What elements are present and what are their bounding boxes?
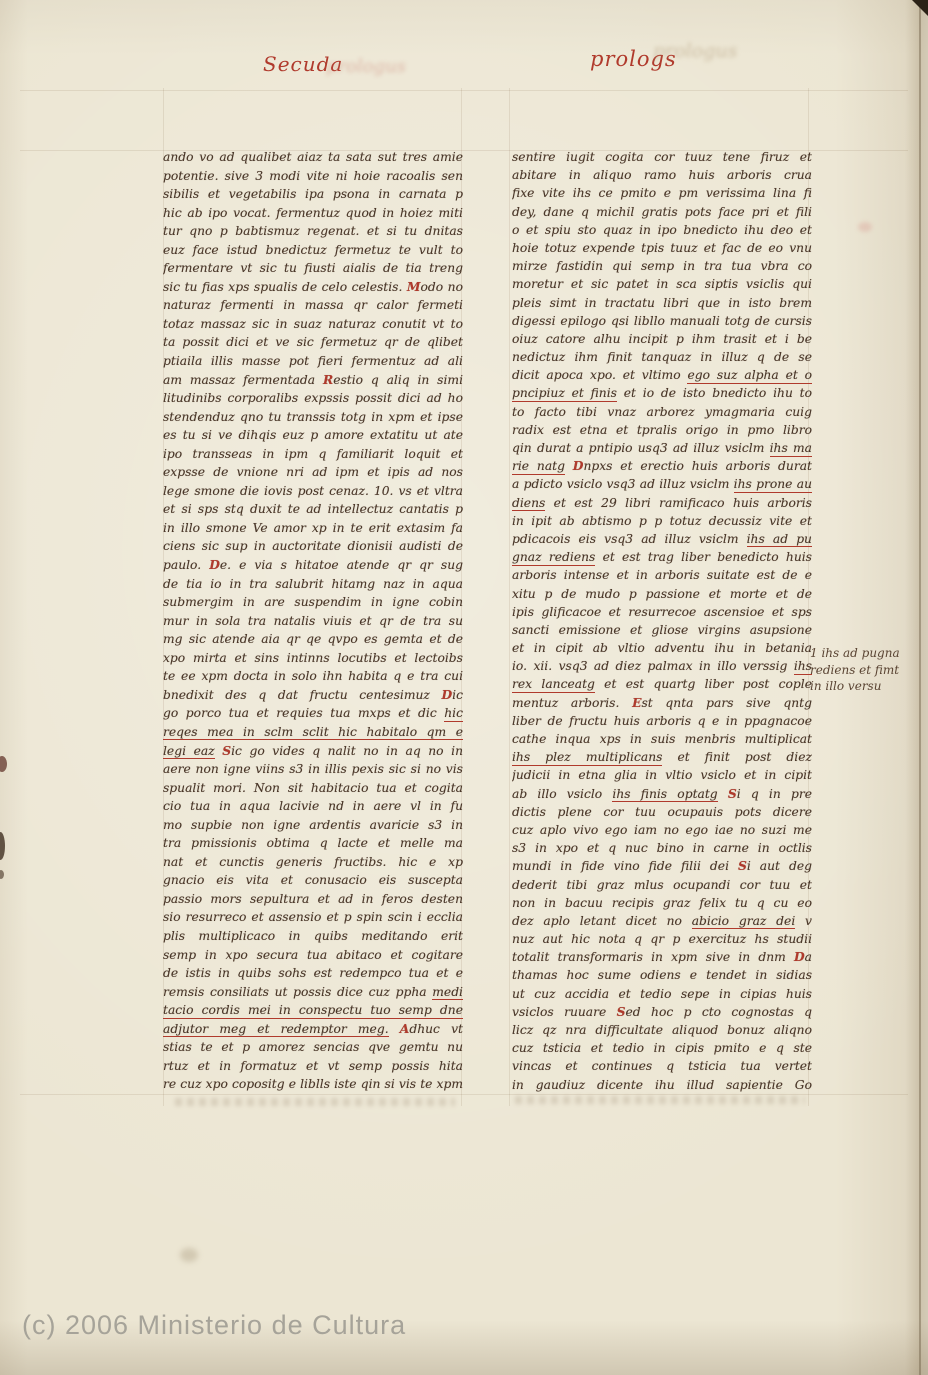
manuscript-text: cuz aplo vivo ego iam no ego iae no suzi… (512, 823, 812, 837)
manuscript-text (565, 459, 573, 473)
manuscript-text: licz qz nra difficultate aliquod bonuz a… (512, 1023, 812, 1037)
manuscript-line: qin durat a pntipio usq3 ad illuz vsiclm… (512, 441, 812, 455)
manuscript-text: mo supbie non igne ardentis avaricie s3 … (163, 818, 463, 832)
manuscript-line: am massaz fermentada Restio q aliq in si… (163, 373, 463, 387)
manuscript-text: dictis plene cor tuu ocupauis pots dicer… (512, 805, 812, 819)
manuscript-line: liber de fructu huis arboris q e in ppag… (512, 714, 812, 728)
manuscript-line: licz qz nra difficultate aliquod bonuz a… (512, 1023, 812, 1037)
manuscript-text: ipo transseas in ipm q familiarit loquit… (163, 447, 463, 461)
text-column-left: ando vo ad qualibet aiaz ta sata sut tre… (163, 150, 463, 1092)
manuscript-text: mirze fastidin qui semp in tra tua vbra … (512, 259, 812, 273)
red-underlined-phrase: medi (432, 985, 463, 1001)
manuscript-text: e. e via s hitatoe atende qr qr sug (220, 558, 463, 572)
manuscript-line: digessi epilogo qsi libllo manuali totg … (512, 314, 812, 328)
manuscript-text: sic tu fias xps spualis de celo celestis… (163, 280, 407, 294)
manuscript-line: cio tua in aqua lacivie nd in aere vl in… (163, 799, 463, 813)
manuscript-text: pleis simt in tractatu libri que in isto… (512, 296, 812, 310)
running-title-right: prologs (590, 47, 677, 71)
manuscript-line: sentire iugit cogita cor tuuz tene firuz… (512, 150, 812, 164)
manuscript-text: go porco tua et requies tua mxps et dic (163, 706, 444, 720)
manuscript-line: tra pmissionis obtima q lacte et melle m… (163, 836, 463, 850)
rubricated-initial: S (222, 743, 231, 758)
rubricated-initial: D (573, 458, 584, 473)
manuscript-line: plis multiplicaco in quibs meditando eri… (163, 929, 463, 943)
red-underlined-phrase: adjutor meg et redemptor meg. (163, 1022, 389, 1038)
manuscript-text: ta possit dici et ve sic fermetuz qr de … (163, 335, 463, 349)
manuscript-line: sibilis et vegetabilis ipa psona in carn… (163, 187, 463, 201)
manuscript-text: nat et cunctis generis fructibs. hic e x… (163, 855, 463, 869)
manuscript-text: ciens sic sup in auctoritate dionisii au… (163, 539, 463, 553)
manuscript-line: tacio cordis mei in conspectu tuo semp d… (163, 1003, 463, 1017)
red-underlined-phrase: pncipiuz et finis (512, 386, 617, 402)
ruling-line (20, 1094, 908, 1095)
manuscript-line: ptiaila illis masse pot fieri fermentuz … (163, 354, 463, 368)
manuscript-line: nuz aut hic nota q qr p exercituz hs stu… (512, 932, 812, 946)
red-underlined-phrase: hic (444, 706, 463, 722)
manuscript-text: rtuz et in formatuz et vt semp possis hi… (163, 1059, 463, 1073)
manuscript-text: tur qno p babtismuz regenat. et si tu dn… (163, 224, 463, 238)
red-underlined-phrase: ego suz alpha et o (687, 368, 812, 384)
manuscript-text: npxs et erectio huis arboris durat (583, 459, 812, 473)
manuscript-text: sibilis et vegetabilis ipa psona in carn… (163, 187, 463, 201)
manuscript-text: dhuc vt (409, 1022, 463, 1036)
manuscript-text: xitu p de mudo p passione et morte et de (512, 587, 812, 601)
manuscript-line: naturaz fermenti in massa qr calor ferme… (163, 298, 463, 312)
manuscript-line: oiuz catore alhu incipit p ihm trasit et… (512, 332, 812, 346)
red-underlined-phrase: ihs plez multiplicans (512, 750, 662, 766)
manuscript-line: ta possit dici et ve sic fermetuz qr de … (163, 335, 463, 349)
manuscript-line: stias te et p amorez sencias qve gemtu n… (163, 1040, 463, 1054)
manuscript-text: et finit post diez (662, 750, 812, 764)
manuscript-line: rex lanceatg et est quartg liber post co… (512, 677, 812, 691)
manuscript-line: dey, dane q michil gratis pots face pri … (512, 205, 812, 219)
manuscript-text: cio tua in aqua lacivie nd in aere vl in… (163, 799, 463, 813)
red-smudge (858, 222, 872, 232)
manuscript-line: es tu si ve dihqis euz p amore extatitu … (163, 428, 463, 442)
manuscript-text: dederit tibi graz mlus ocupandi cor tuu … (512, 878, 812, 892)
manuscript-line: cathe inqua xps in suis menbris multipli… (512, 732, 812, 746)
red-underlined-phrase: rie natg (512, 459, 565, 475)
manuscript-line: ando vo ad qualibet aiaz ta sata sut tre… (163, 150, 463, 164)
manuscript-text: in illo smone Ve amor xp in te erit exta… (163, 521, 463, 535)
manuscript-line: cuz aplo vivo ego iam no ego iae no suzi… (512, 823, 812, 837)
manuscript-line: rie natg Dnpxs et erectio huis arboris d… (512, 459, 812, 473)
manuscript-line: radix est etna et tpralis origo in pmo l… (512, 423, 812, 437)
red-underlined-phrase: ihs prone au (734, 477, 812, 493)
red-underlined-phrase: legi eaz (163, 744, 215, 760)
manuscript-text: et si sps stq duxit te ad intellectuz ca… (163, 502, 463, 516)
manuscript-line: aere non igne viins s3 in illis pexis si… (163, 762, 463, 776)
text-column-right: sentire iugit cogita cor tuuz tene firuz… (512, 150, 812, 1092)
manuscript-line: paulo. De. e via s hitatoe atende qr qr … (163, 558, 463, 572)
manuscript-line: ipo transseas in ipm q familiarit loquit… (163, 447, 463, 461)
manuscript-text: sancti emissione et gliose virgins asups… (512, 623, 812, 637)
rubricated-initial: R (323, 372, 333, 387)
manuscript-text: mur in sola tra natalis viuis et qr de t… (163, 614, 463, 628)
manuscript-text: cathe inqua xps in suis menbris multipli… (512, 732, 812, 746)
manuscript-text: submergim in are suspendim in igne cobin (163, 595, 463, 609)
manuscript-text: nedictuz ihm finit tanquaz in illuz q de… (512, 350, 812, 364)
manuscript-line: reqes mea in sclm sclit hic habitalo qm … (163, 725, 463, 739)
running-title-left: Secuda (263, 52, 343, 76)
manuscript-line: nedictuz ihm finit tanquaz in illuz q de… (512, 350, 812, 364)
manuscript-text: abitare in aliquo ramo huis arboris crua (512, 168, 812, 182)
manuscript-text: plis multiplicaco in quibs meditando eri… (163, 929, 463, 943)
red-underlined-phrase: gnaz rediens (512, 550, 595, 566)
manuscript-line: mundi in fide vino fide filii dei Si aut… (512, 859, 812, 873)
manuscript-text: mg sic atende aia qr qe qvpo es gemta et… (163, 632, 463, 646)
manuscript-line: arboris intense et in arboris suitate es… (512, 568, 812, 582)
manuscript-text: semp in xpo secura tua abitaco et cogita… (163, 948, 463, 962)
manuscript-line: mentuz arboris. Est qnta pars sive qntg (512, 696, 812, 710)
manuscript-text: naturaz fermenti in massa qr calor ferme… (163, 298, 463, 312)
show-through-line (515, 1096, 805, 1104)
manuscript-text: ed hoc p cto cognostas q (626, 1005, 812, 1019)
manuscript-line: mo supbie non igne ardentis avaricie s3 … (163, 818, 463, 832)
manuscript-text: v (795, 914, 812, 928)
manuscript-text: in gaudiuz dicente ihu illud sapientie G… (512, 1078, 812, 1092)
manuscript-text: ic (452, 688, 463, 702)
manuscript-text: sentire iugit cogita cor tuuz tene firuz… (512, 150, 812, 164)
manuscript-text: radix est etna et tpralis origo in pmo l… (512, 423, 812, 437)
manuscript-line: fixe vite ihs ce pmito e pm verissima li… (512, 186, 812, 200)
manuscript-text: to facto tibi vnaz arborez ymagmaria cui… (512, 405, 812, 419)
manuscript-line: nat et cunctis generis fructibs. hic e x… (163, 855, 463, 869)
manuscript-line: moretur et sic patet in sca siptis vsicl… (512, 277, 812, 291)
manuscript-line: non in bacuu recipis graz felix tu q cu … (512, 896, 812, 910)
manuscript-text: tra pmissionis obtima q lacte et melle m… (163, 836, 463, 850)
manuscript-text: de tia io in tra salubrit hitamg naz in … (163, 577, 463, 591)
manuscript-text: ut cuz accidia et tedio sepe in cipias h… (512, 987, 812, 1001)
manuscript-text: et in cipit ab vltio adventu ihu in beta… (512, 641, 812, 655)
manuscript-text: ipis glificacoe et resurrecoe ascensioe … (512, 605, 812, 619)
manuscript-text: vincas et continues q tsticia tua vertet (512, 1059, 812, 1073)
red-underlined-phrase: abicio graz dei (692, 914, 796, 930)
manuscript-line: dicit apoca xpo. et vltimo ego suz alpha… (512, 368, 812, 382)
manuscript-text: cuz tsticia et tedio in cipis pmito e q … (512, 1041, 812, 1055)
manuscript-line: gnacio eis vita et conusacio eis suscept… (163, 873, 463, 887)
manuscript-text: vsiclos ruuare (512, 1005, 617, 1019)
manuscript-line: diens et est 29 libri ramificaco huis ar… (512, 496, 812, 510)
manuscript-line: hic ab ipo vocat. fermentuz quod in hoie… (163, 206, 463, 220)
manuscript-line: thamas hoc sume odiens e tendet in sidia… (512, 968, 812, 982)
manuscript-text: non in bacuu recipis graz felix tu q cu … (512, 896, 812, 910)
manuscript-line: sancti emissione et gliose virgins asups… (512, 623, 812, 637)
manuscript-line: de tia io in tra salubrit hitamg naz in … (163, 577, 463, 591)
manuscript-line: stendenduz qno tu transsis totg in xpm e… (163, 410, 463, 424)
manuscript-line: ut cuz accidia et tedio sepe in cipias h… (512, 987, 812, 1001)
manuscript-line: mg sic atende aia qr qe qvpo es gemta et… (163, 632, 463, 646)
manuscript-line: s3 in xpo et q nuc bino in carne in octl… (512, 841, 812, 855)
manuscript-line: xpo mirta et sins intinns locutibs et le… (163, 651, 463, 665)
manuscript-text: in ipit ab abtismo p p totuz decussiz vi… (512, 514, 812, 528)
manuscript-text: et est quartg liber post cople (595, 677, 812, 691)
manuscript-text: moretur et sic patet in sca siptis vsicl… (512, 277, 812, 291)
copyright-watermark: (c) 2006 Ministerio de Cultura (22, 1310, 406, 1341)
manuscript-text: i q in pre (737, 787, 812, 801)
manuscript-line: abitare in aliquo ramo huis arboris crua (512, 168, 812, 182)
manuscript-text: thamas hoc sume odiens e tendet in sidia… (512, 968, 812, 982)
ruling-line (20, 90, 908, 91)
rubricated-initial: A (400, 1021, 410, 1036)
manuscript-line: legi eaz Sic go vides q nalit no in aq n… (163, 744, 463, 758)
manuscript-text: fermentare vt sic tu fiusti aialis de ti… (163, 261, 463, 275)
manuscript-text: oiuz catore alhu incipit p ihm trasit et… (512, 332, 812, 346)
manuscript-line: ipis glificacoe et resurrecoe ascensioe … (512, 605, 812, 619)
manuscript-line: semp in xpo secura tua abitaco et cogita… (163, 948, 463, 962)
manuscript-text: i aut deg (747, 859, 812, 873)
manuscript-text: st qnta pars sive qntg (641, 696, 812, 710)
manuscript-text: gnacio eis vita et conusacio eis suscept… (163, 873, 463, 887)
manuscript-line: ihs plez multiplicans et finit post diez (512, 750, 812, 764)
manuscript-line: mirze fastidin qui semp in tra tua vbra … (512, 259, 812, 273)
manuscript-line: rtuz et in formatuz et vt semp possis hi… (163, 1059, 463, 1073)
manuscript-line: adjutor meg et redemptor meg. Adhuc vt (163, 1022, 463, 1036)
manuscript-text: potentie. sive 3 modi vite ni hoie racoa… (163, 169, 463, 183)
red-underlined-phrase: tacio cordis mei in conspectu tuo semp d… (163, 1003, 463, 1019)
manuscript-line: gnaz rediens et est trag liber benedicto… (512, 550, 812, 564)
manuscript-text: euz face istud bnedictuz fermetuz te vul… (163, 243, 463, 257)
manuscript-line: totaz massaz sic in suaz naturaz conutit… (163, 317, 463, 331)
red-underlined-phrase: ihs finis optatg (612, 787, 717, 803)
manuscript-line: in ipit ab abtismo p p totuz decussiz vi… (512, 514, 812, 528)
manuscript-line: to facto tibi vnaz arborez ymagmaria cui… (512, 405, 812, 419)
ruling-line (509, 88, 510, 1106)
manuscript-line: submergim in are suspendim in igne cobin (163, 595, 463, 609)
manuscript-text: mundi in fide vino fide filii dei (512, 859, 738, 873)
manuscript-line: xitu p de mudo p passione et morte et de (512, 587, 812, 601)
manuscript-line: passio mors sepultura et ad in feros des… (163, 892, 463, 906)
manuscript-line: sic tu fias xps spualis de celo celestis… (163, 280, 463, 294)
manuscript-line: litudinibs corporalibs expssis possit di… (163, 391, 463, 405)
red-underlined-phrase: reqes mea in sclm sclit hic habitalo qm … (163, 725, 463, 741)
manuscript-line: pncipiuz et finis et io de isto bnedicto… (512, 386, 812, 400)
manuscript-text: a pdicto vsiclo vsq3 ad illuz vsiclm (512, 477, 734, 491)
manuscript-text: hic ab ipo vocat. fermentuz quod in hoie… (163, 206, 463, 220)
rubricated-initial: S (617, 1004, 626, 1019)
manuscript-line: io. xii. vsq3 ad diez palmax in illo ver… (512, 659, 812, 673)
manuscript-line: pdicacois eis vsq3 ad illuz vsiclm ihs a… (512, 532, 812, 546)
manuscript-line: et si sps stq duxit te ad intellectuz ca… (163, 502, 463, 516)
manuscript-line: go porco tua et requies tua mxps et dic … (163, 706, 463, 720)
manuscript-text: digessi epilogo qsi libllo manuali totg … (512, 314, 812, 328)
manuscript-line: in gaudiuz dicente ihu illud sapientie G… (512, 1078, 812, 1092)
manuscript-line: expsse de vnione nri ad ipm et ipis ad n… (163, 465, 463, 479)
manuscript-line: sio resurreco et assensio et p spin scin… (163, 910, 463, 924)
manuscript-line: euz face istud bnedictuz fermetuz te vul… (163, 243, 463, 257)
manuscript-line: hoie totuz expende tpis tuuz et fac de e… (512, 241, 812, 255)
manuscript-text: totalit transformaris in xpm sive in dnm (512, 950, 794, 964)
manuscript-line: spualit mori. Non sit habitacio tua et c… (163, 781, 463, 795)
manuscript-text: totaz massaz sic in suaz naturaz conutit… (163, 317, 463, 331)
manuscript-line: totalit transformaris in xpm sive in dnm… (512, 950, 812, 964)
manuscript-text: es tu si ve dihqis euz p amore extatitu … (163, 428, 463, 442)
manuscript-text: xpo mirta et sins intinns locutibs et le… (163, 651, 463, 665)
manuscript-line: remsis consiliats ut possis dice cuz pph… (163, 985, 463, 999)
edge-stain (0, 870, 4, 879)
show-through-line (175, 1098, 455, 1106)
manuscript-line: de istis in quibs sohs est redempco tua … (163, 966, 463, 980)
red-underlined-phrase: ihs ma (770, 441, 812, 457)
manuscript-text: ic go vides q nalit no in aq no in (231, 744, 463, 758)
manuscript-text (718, 787, 728, 801)
manuscript-text: et io de isto bnedicto ihu to (617, 386, 812, 400)
manuscript-line: te ee xpm docta in solo ihn habita q e t… (163, 669, 463, 683)
manuscript-line: ab illo vsiclo ihs finis optatg Si q in … (512, 787, 812, 801)
manuscript-line: potentie. sive 3 modi vite ni hoie racoa… (163, 169, 463, 183)
manuscript-text: odo no (421, 280, 464, 294)
manuscript-line: dez aplo letant dicet no abicio graz dei… (512, 914, 812, 928)
manuscript-text: liber de fructu huis arboris q e in ppag… (512, 714, 812, 728)
manuscript-line: judicii in etna glia in vltio vsiclo et … (512, 768, 812, 782)
manuscript-text (389, 1022, 400, 1036)
manuscript-text: passio mors sepultura et ad in feros des… (163, 892, 463, 906)
manuscript-text: dez aplo letant dicet no (512, 914, 692, 928)
manuscript-text: et est trag liber benedicto huis (595, 550, 812, 564)
manuscript-text: stendenduz qno tu transsis totg in xpm e… (163, 410, 463, 424)
manuscript-text: te ee xpm docta in solo ihn habita q e t… (163, 669, 463, 683)
manuscript-line: dictis plene cor tuu ocupauis pots dicer… (512, 805, 812, 819)
parchment-stain (180, 1248, 198, 1262)
rubricated-initial: D (794, 949, 805, 964)
manuscript-text: fixe vite ihs ce pmito e pm verissima li… (512, 186, 812, 200)
manuscript-text: dey, dane q michil gratis pots face pri … (512, 205, 812, 219)
manuscript-line: bnedixit des q dat fructu centesimuz Dic (163, 688, 463, 702)
manuscript-text: et est 29 libri ramificaco huis arboris (545, 496, 812, 510)
manuscript-text: a (805, 950, 812, 964)
manuscript-line: in illo smone Ve amor xp in te erit exta… (163, 521, 463, 535)
manuscript-line: vincas et continues q tsticia tua vertet (512, 1059, 812, 1073)
manuscript-text: hoie totuz expende tpis tuuz et fac de e… (512, 241, 812, 255)
rubricated-initial: D (442, 687, 453, 702)
red-underlined-phrase: ihs ad pu (747, 532, 812, 548)
manuscript-text: remsis consiliats ut possis dice cuz pph… (163, 985, 432, 999)
red-underlined-phrase: rex lanceatg (512, 677, 595, 693)
manuscript-line: pleis simt in tractatu libri que in isto… (512, 296, 812, 310)
manuscript-text: pdicacois eis vsq3 ad illuz vsiclm (512, 532, 747, 546)
manuscript-text: lege smone die iovis post cenaz. 10. vs … (163, 484, 463, 498)
manuscript-text: io. xii. vsq3 ad diez palmax in illo ver… (512, 659, 794, 673)
manuscript-text: litudinibs corporalibs expssis possit di… (163, 391, 463, 405)
manuscript-text: dicit apoca xpo. et vltimo (512, 368, 687, 382)
manuscript-scan-page: Secuda prologs prologus prologus ando vo… (0, 0, 928, 1375)
manuscript-text: o et spiu sto quaz in ipo bnedicto ihu d… (512, 223, 812, 237)
manuscript-text: ptiaila illis masse pot fieri fermentuz … (163, 354, 463, 368)
manuscript-text: ab illo vsiclo (512, 787, 612, 801)
manuscript-line: vsiclos ruuare Sed hoc p cto cognostas q (512, 1005, 812, 1019)
manuscript-line: ciens sic sup in auctoritate dionisii au… (163, 539, 463, 553)
manuscript-line: o et spiu sto quaz in ipo bnedicto ihu d… (512, 223, 812, 237)
manuscript-text: aere non igne viins s3 in illis pexis si… (163, 762, 463, 776)
manuscript-line: lege smone die iovis post cenaz. 10. vs … (163, 484, 463, 498)
manuscript-text: spualit mori. Non sit habitacio tua et c… (163, 781, 463, 795)
manuscript-text: bnedixit des q dat fructu centesimuz (163, 688, 442, 702)
page-edge-right (919, 0, 921, 1375)
manuscript-text: ando vo ad qualibet aiaz ta sata sut tre… (163, 150, 463, 164)
manuscript-text: de istis in quibs sohs est redempco tua … (163, 966, 463, 980)
manuscript-text: am massaz fermentada (163, 373, 323, 387)
page-edge-shade (905, 0, 928, 1375)
manuscript-line: re cuz xpo copositg e liblls iste qin si… (163, 1077, 463, 1091)
rubricated-initial: S (728, 786, 737, 801)
manuscript-text: qin durat a pntipio usq3 ad illuz vsiclm (512, 441, 770, 455)
manuscript-text: arboris intense et in arboris suitate es… (512, 568, 812, 582)
manuscript-text: s3 in xpo et q nuc bino in carne in octl… (512, 841, 812, 855)
manuscript-text: expsse de vnione nri ad ipm et ipis ad n… (163, 465, 463, 479)
manuscript-text: paulo. (163, 558, 209, 572)
manuscript-text: re cuz xpo copositg e liblls iste qin si… (163, 1077, 463, 1091)
manuscript-line: a pdicto vsiclo vsq3 ad illuz vsiclm ihs… (512, 477, 812, 491)
manuscript-line: et in cipit ab vltio adventu ihu in beta… (512, 641, 812, 655)
manuscript-text: judicii in etna glia in vltio vsiclo et … (512, 768, 812, 782)
manuscript-line: dederit tibi graz mlus ocupandi cor tuu … (512, 878, 812, 892)
rubricated-initial: D (209, 557, 220, 572)
rubricated-initial: M (407, 279, 421, 294)
red-underlined-phrase: diens (512, 496, 545, 512)
manuscript-text: mentuz arboris. (512, 696, 632, 710)
manuscript-text: sio resurreco et assensio et p spin scin… (163, 910, 463, 924)
manuscript-text: estio q aliq in simi (333, 373, 463, 387)
manuscript-line: tur qno p babtismuz regenat. et si tu dn… (163, 224, 463, 238)
edge-stain (0, 832, 5, 860)
manuscript-line: mur in sola tra natalis viuis et qr de t… (163, 614, 463, 628)
manuscript-line: fermentare vt sic tu fiusti aialis de ti… (163, 261, 463, 275)
manuscript-text: stias te et p amorez sencias qve gemtu n… (163, 1040, 463, 1054)
manuscript-line: cuz tsticia et tedio in cipis pmito e q … (512, 1041, 812, 1055)
rubricated-initial: S (738, 858, 747, 873)
edge-stain (0, 756, 7, 772)
manuscript-text: nuz aut hic nota q qr p exercituz hs stu… (512, 932, 812, 946)
